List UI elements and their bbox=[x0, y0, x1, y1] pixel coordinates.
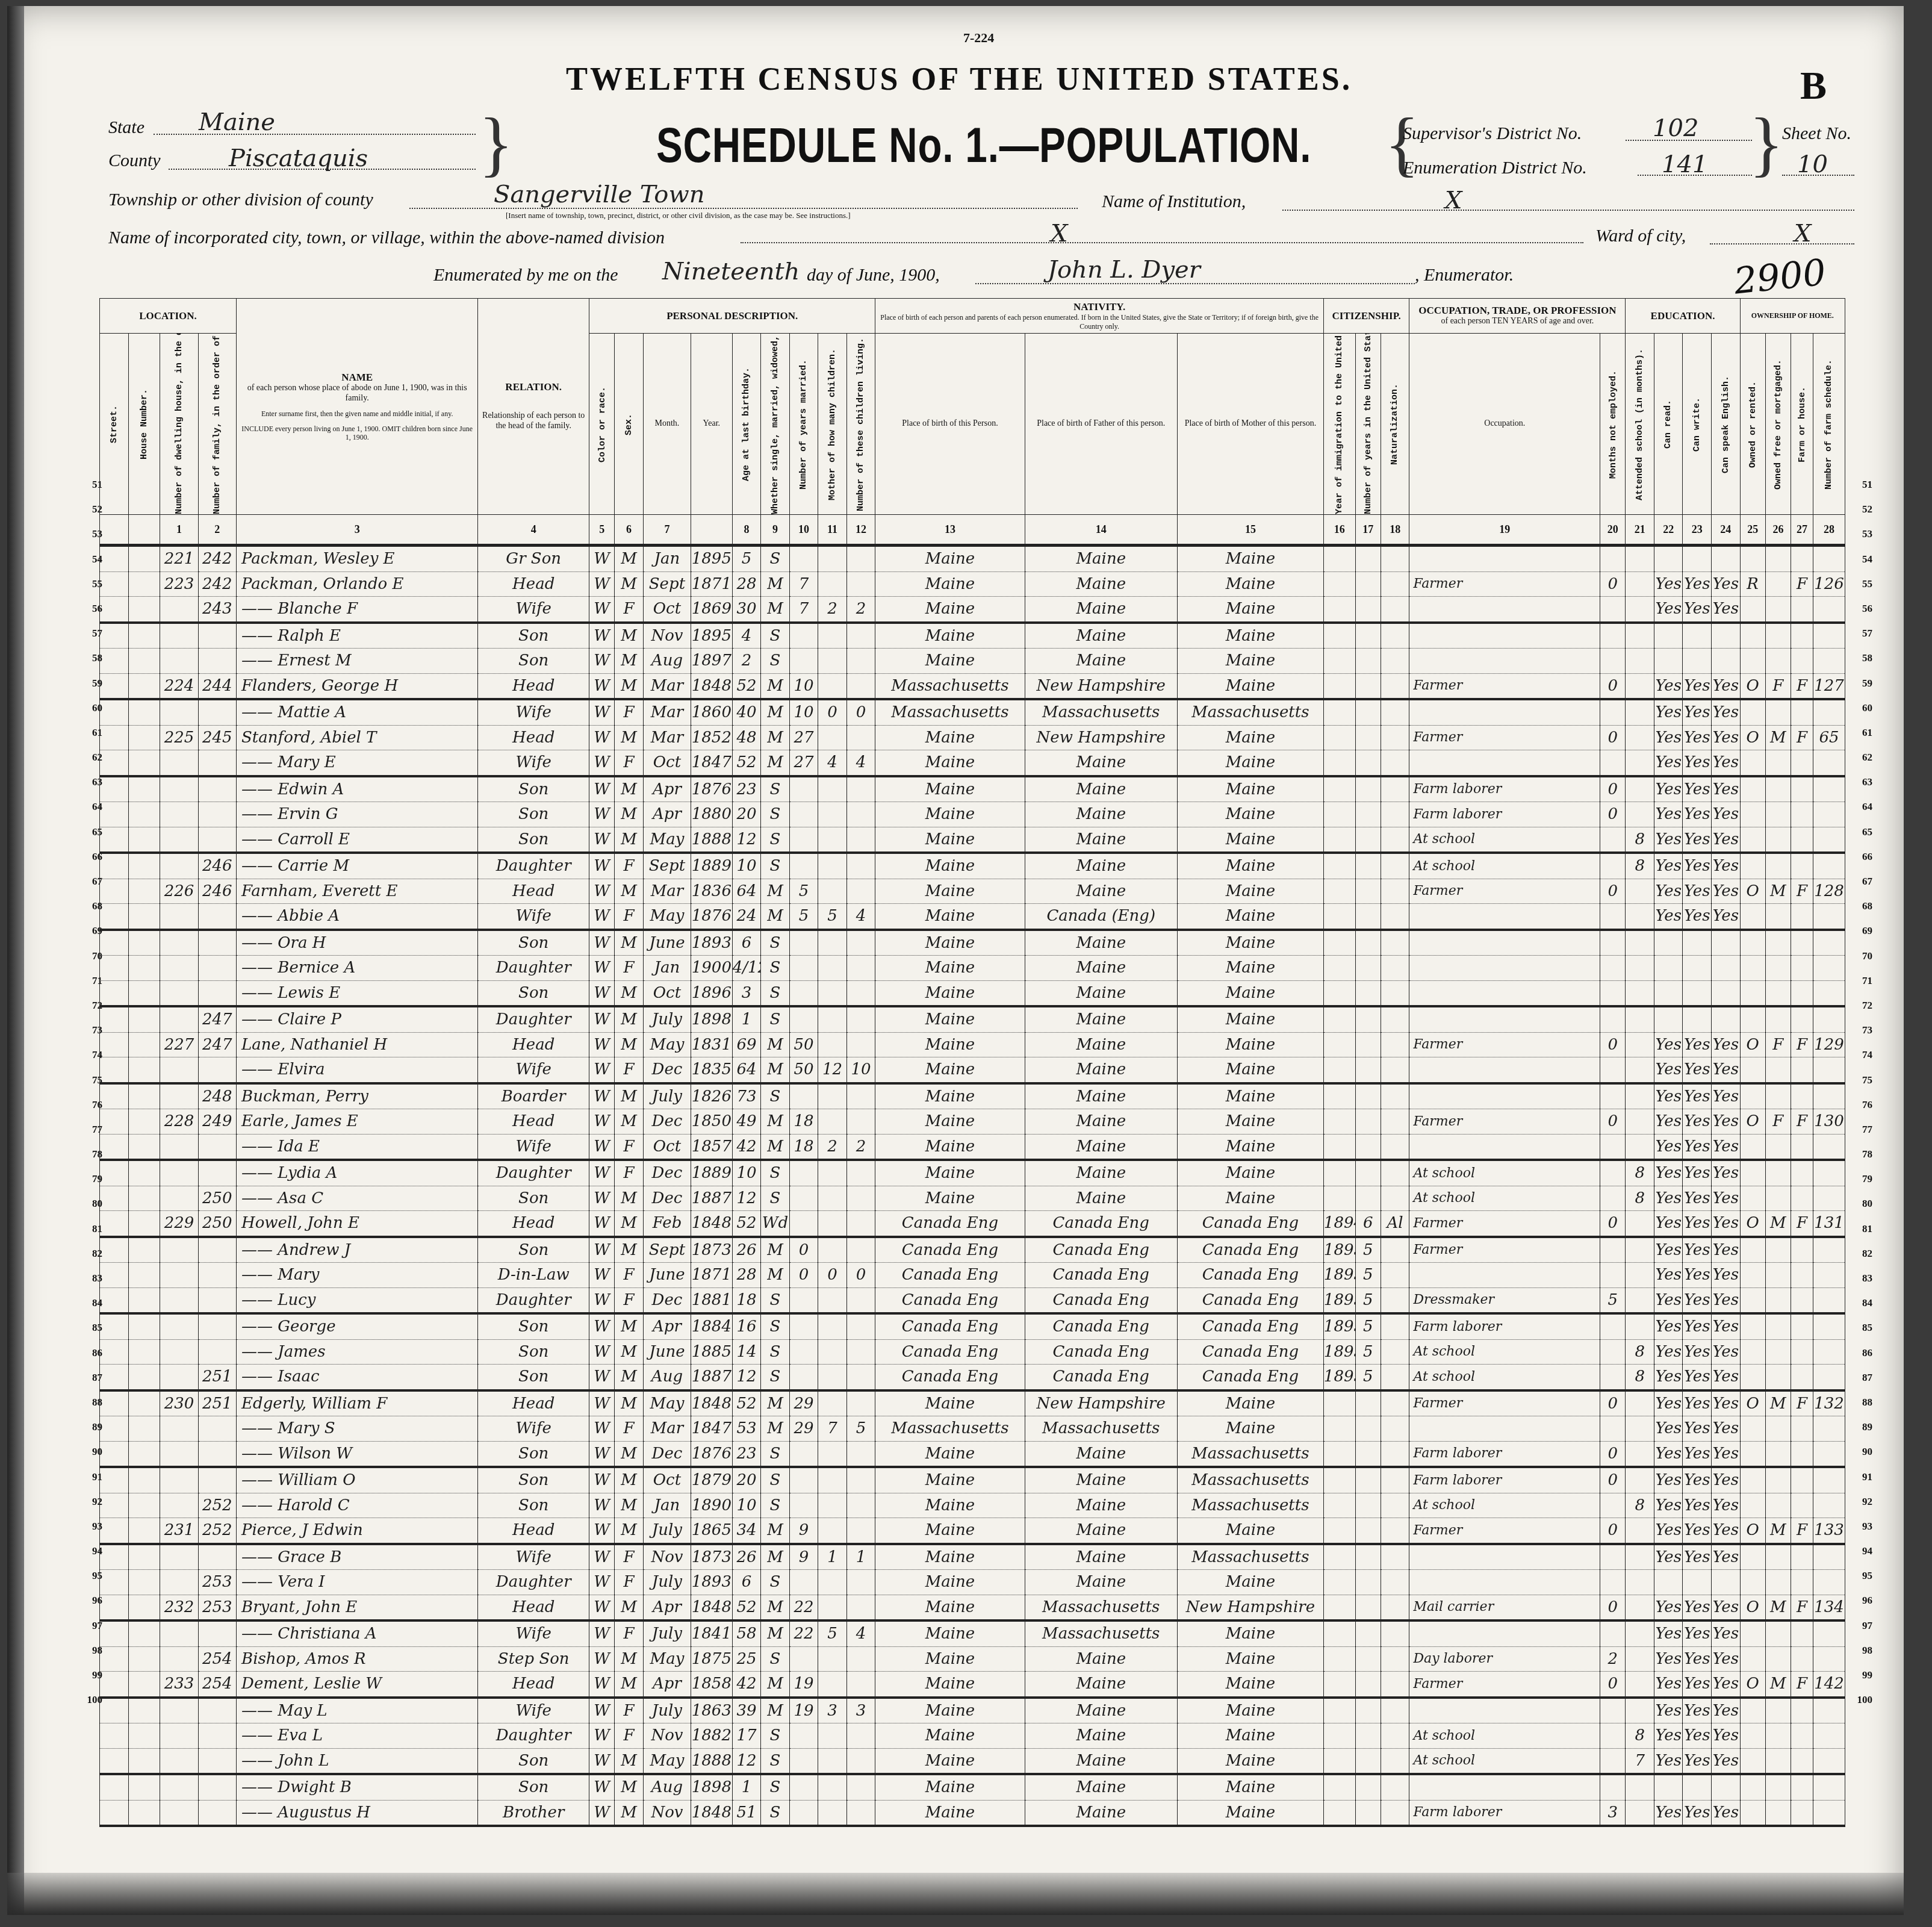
cell-sch bbox=[1626, 699, 1654, 725]
cell-une bbox=[1600, 649, 1626, 674]
line-number: 72 bbox=[78, 1000, 102, 1024]
cell-dw bbox=[160, 776, 198, 802]
cell-sched bbox=[1813, 1057, 1845, 1083]
cell-mc bbox=[818, 1365, 847, 1390]
cell-wr: Yes bbox=[1683, 1109, 1712, 1135]
cell-farm: F bbox=[1791, 1672, 1813, 1698]
cell-sex: M bbox=[615, 1083, 644, 1109]
cell-sex: M bbox=[615, 1032, 644, 1057]
cell-yr: 1848 bbox=[691, 1390, 733, 1416]
cell-own bbox=[1740, 1263, 1765, 1288]
cell-farm bbox=[1791, 546, 1813, 572]
cell-yus bbox=[1355, 1544, 1381, 1570]
col-immigration: Year of immigration to the United States… bbox=[1323, 334, 1355, 515]
cell-pb: Maine bbox=[875, 597, 1025, 623]
cell-sex: M bbox=[615, 827, 644, 853]
cell-ym bbox=[789, 546, 818, 572]
cell-imm bbox=[1323, 1441, 1355, 1467]
cell-fam bbox=[198, 1544, 236, 1570]
line-number: 75 bbox=[78, 1074, 102, 1099]
cell-yr: 1879 bbox=[691, 1467, 733, 1493]
cell-fb: Maine bbox=[1025, 1774, 1177, 1800]
cell-mb: Maine bbox=[1177, 904, 1323, 930]
col-sex: Sex. bbox=[615, 334, 644, 515]
table-row: 229250Howell, John EHeadWMFeb184852WdCan… bbox=[100, 1211, 1845, 1237]
cell-sched bbox=[1813, 1083, 1845, 1109]
cell-col: W bbox=[589, 1467, 615, 1493]
cell-occ: At school bbox=[1409, 1493, 1600, 1518]
cell-mo: May bbox=[643, 1646, 691, 1672]
cell-wr: Yes bbox=[1683, 802, 1712, 827]
cell-une bbox=[1600, 930, 1626, 956]
cell-mort bbox=[1765, 1441, 1791, 1467]
line-number: 63 bbox=[1848, 776, 1872, 801]
table-row: —— Ernest MSonWMAug18972SMaineMaineMaine bbox=[100, 649, 1845, 674]
cell-rel: Boarder bbox=[478, 1083, 589, 1109]
cell-own bbox=[1740, 597, 1765, 623]
cell-sched: 127 bbox=[1813, 673, 1845, 699]
cell-en: Yes bbox=[1712, 597, 1741, 623]
table-row: —— Eva LDaughterWFNov188217SMaineMaineMa… bbox=[100, 1723, 1845, 1749]
cell-name: —— Harold C bbox=[237, 1493, 478, 1518]
cell-yr: 1897 bbox=[691, 649, 733, 674]
cell-dw bbox=[160, 699, 198, 725]
cell-own bbox=[1740, 802, 1765, 827]
cell-sch: 8 bbox=[1626, 1723, 1654, 1749]
cell-house bbox=[128, 1313, 160, 1339]
cell-cl: 2 bbox=[846, 597, 875, 623]
cell-mb: Massachusetts bbox=[1177, 699, 1323, 725]
cell-farm: F bbox=[1791, 1211, 1813, 1237]
enumerated-suffix: day of June, 1900, bbox=[807, 265, 940, 285]
cell-une bbox=[1600, 1057, 1626, 1083]
cell-yus bbox=[1355, 1134, 1381, 1160]
cell-sex: M bbox=[615, 776, 644, 802]
cell-mo: July bbox=[643, 1518, 691, 1544]
column-number: 7 bbox=[643, 515, 691, 546]
cell-house bbox=[128, 1493, 160, 1518]
nativity-desc: Place of birth of each person and parent… bbox=[878, 313, 1320, 331]
cell-dw: 230 bbox=[160, 1390, 198, 1416]
cell-mo: Mar bbox=[643, 673, 691, 699]
cell-mo: Feb bbox=[643, 1211, 691, 1237]
cell-wr: Yes bbox=[1683, 699, 1712, 725]
cell-dw: 229 bbox=[160, 1211, 198, 1237]
line-number: 64 bbox=[1848, 801, 1872, 826]
cell-yus: 5 bbox=[1355, 1287, 1381, 1313]
cell-nat bbox=[1381, 1698, 1409, 1723]
cell-occ: At school bbox=[1409, 1186, 1600, 1211]
cell-name: —— Eva L bbox=[237, 1723, 478, 1749]
cell-yus bbox=[1355, 1646, 1381, 1672]
cell-rd bbox=[1654, 956, 1683, 981]
cell-mo: Mar bbox=[643, 699, 691, 725]
cell-own bbox=[1740, 649, 1765, 674]
cell-mort bbox=[1765, 1057, 1791, 1083]
cell-own bbox=[1740, 956, 1765, 981]
cell-nat bbox=[1381, 1774, 1409, 1800]
cell-mb: Maine bbox=[1177, 1518, 1323, 1544]
cell-col: W bbox=[589, 1134, 615, 1160]
cell-name: —— Carroll E bbox=[237, 827, 478, 853]
cell-name: —— Ora H bbox=[237, 930, 478, 956]
cell-street bbox=[100, 1800, 129, 1826]
cell-yus bbox=[1355, 802, 1381, 827]
cell-age: 30 bbox=[732, 597, 761, 623]
cell-own bbox=[1740, 930, 1765, 956]
cell-cl bbox=[846, 1211, 875, 1237]
cell-name: Flanders, George H bbox=[237, 673, 478, 699]
cell-en bbox=[1712, 1006, 1741, 1032]
cell-sex: M bbox=[615, 1313, 644, 1339]
table-row: 253—— Vera IDaughterWFJuly18936SMaineMai… bbox=[100, 1570, 1845, 1595]
table-row: —— Ralph ESonWMNov18954SMaineMaineMaine bbox=[100, 623, 1845, 649]
cell-ym: 27 bbox=[789, 750, 818, 776]
cell-dw bbox=[160, 1006, 198, 1032]
incorporated-label: Name of incorporated city, town, or vill… bbox=[108, 228, 665, 248]
cell-fam bbox=[198, 1313, 236, 1339]
line-number: 53 bbox=[1848, 528, 1872, 553]
cell-imm bbox=[1323, 879, 1355, 904]
cell-sched bbox=[1813, 1774, 1845, 1800]
cell-occ bbox=[1409, 1006, 1600, 1032]
cell-own bbox=[1740, 1339, 1765, 1365]
cell-cl bbox=[846, 827, 875, 853]
line-number: 59 bbox=[78, 677, 102, 702]
cell-mo: May bbox=[643, 904, 691, 930]
cell-dw bbox=[160, 1441, 198, 1467]
cell-sched bbox=[1813, 1493, 1845, 1518]
cell-fam: 248 bbox=[198, 1083, 236, 1109]
cell-age: 69 bbox=[732, 1032, 761, 1057]
state-label: State bbox=[108, 117, 144, 138]
cell-fb: Maine bbox=[1025, 1544, 1177, 1570]
cell-wr: Yes bbox=[1683, 1646, 1712, 1672]
cell-ym: 29 bbox=[789, 1416, 818, 1442]
cell-ms: M bbox=[761, 904, 790, 930]
line-number: 80 bbox=[78, 1198, 102, 1222]
cell-nat bbox=[1381, 1134, 1409, 1160]
cell-en: Yes bbox=[1712, 1263, 1741, 1288]
cell-sched bbox=[1813, 623, 1845, 649]
cell-yus bbox=[1355, 1595, 1381, 1620]
cell-house bbox=[128, 1237, 160, 1263]
cell-ym: 27 bbox=[789, 725, 818, 750]
line-number: 54 bbox=[1848, 553, 1872, 578]
cell-yus bbox=[1355, 1006, 1381, 1032]
line-number: 59 bbox=[1848, 677, 1872, 702]
cell-fb: Maine bbox=[1025, 1083, 1177, 1109]
cell-mc: 12 bbox=[818, 1057, 847, 1083]
cell-street bbox=[100, 571, 129, 597]
cell-fb: Maine bbox=[1025, 1800, 1177, 1826]
cell-en: Yes bbox=[1712, 1441, 1741, 1467]
column-number: 21 bbox=[1626, 515, 1654, 546]
cell-name: —— Abbie A bbox=[237, 904, 478, 930]
cell-col: W bbox=[589, 1441, 615, 1467]
cell-rd: Yes bbox=[1654, 1416, 1683, 1442]
line-number: 87 bbox=[78, 1372, 102, 1396]
cell-rel: Gr Son bbox=[478, 546, 589, 572]
cell-street bbox=[100, 1518, 129, 1544]
cell-sch bbox=[1626, 1441, 1654, 1467]
cell-farm bbox=[1791, 1774, 1813, 1800]
cell-pb: Canada Eng bbox=[875, 1365, 1025, 1390]
cell-sch bbox=[1626, 1570, 1654, 1595]
cell-rd: Yes bbox=[1654, 776, 1683, 802]
cell-occ: Farmer bbox=[1409, 1390, 1600, 1416]
cell-mc bbox=[818, 1109, 847, 1135]
cell-yus bbox=[1355, 1390, 1381, 1416]
table-row: 231252Pierce, J EdwinHeadWMJuly186534M9M… bbox=[100, 1518, 1845, 1544]
table-row: —— Ora HSonWMJune18936SMaineMaineMaine bbox=[100, 930, 1845, 956]
cell-fb: Maine bbox=[1025, 1032, 1177, 1057]
cell-sex: F bbox=[615, 1287, 644, 1313]
cell-yr: 1887 bbox=[691, 1186, 733, 1211]
cell-ym bbox=[789, 1646, 818, 1672]
cell-yus bbox=[1355, 1774, 1381, 1800]
cell-en bbox=[1712, 1774, 1741, 1800]
cell-une bbox=[1600, 1237, 1626, 1263]
line-number: 82 bbox=[1848, 1248, 1872, 1272]
cell-wr: Yes bbox=[1683, 673, 1712, 699]
cell-sch bbox=[1626, 1263, 1654, 1288]
cell-une: 0 bbox=[1600, 725, 1626, 750]
cell-mort bbox=[1765, 1287, 1791, 1313]
cell-col: W bbox=[589, 1339, 615, 1365]
cell-pb: Maine bbox=[875, 1646, 1025, 1672]
cell-wr: Yes bbox=[1683, 904, 1712, 930]
cell-age: 10 bbox=[732, 853, 761, 879]
cell-house bbox=[128, 597, 160, 623]
cell-mb: Maine bbox=[1177, 1032, 1323, 1057]
cell-yr: 1889 bbox=[691, 853, 733, 879]
cell-mort bbox=[1765, 1544, 1791, 1570]
cell-ms: S bbox=[761, 1441, 790, 1467]
column-number: 23 bbox=[1683, 515, 1712, 546]
cell-sch bbox=[1626, 725, 1654, 750]
relation-heading: RELATION. bbox=[480, 381, 586, 393]
cell-ms: S bbox=[761, 827, 790, 853]
cell-house bbox=[128, 623, 160, 649]
cell-rel: Daughter bbox=[478, 853, 589, 879]
cell-ym bbox=[789, 1365, 818, 1390]
cell-imm bbox=[1323, 1518, 1355, 1544]
cell-cl: 4 bbox=[846, 750, 875, 776]
cell-sched bbox=[1813, 1186, 1845, 1211]
cell-imm bbox=[1323, 546, 1355, 572]
cell-sex: M bbox=[615, 1237, 644, 1263]
cell-mb: Maine bbox=[1177, 623, 1323, 649]
cell-mo: May bbox=[643, 1032, 691, 1057]
cell-farm bbox=[1791, 1160, 1813, 1186]
line-number: 83 bbox=[78, 1272, 102, 1297]
line-number: 76 bbox=[1848, 1099, 1872, 1124]
cell-dw bbox=[160, 1083, 198, 1109]
cell-en: Yes bbox=[1712, 1057, 1741, 1083]
cell-mort bbox=[1765, 802, 1791, 827]
cell-own bbox=[1740, 750, 1765, 776]
cell-cl bbox=[846, 1800, 875, 1826]
cell-rd: Yes bbox=[1654, 1134, 1683, 1160]
cell-ms: S bbox=[761, 546, 790, 572]
cell-rel: Daughter bbox=[478, 956, 589, 981]
cell-street bbox=[100, 1006, 129, 1032]
cell-own bbox=[1740, 1544, 1765, 1570]
cell-rd: Yes bbox=[1654, 1620, 1683, 1646]
cell-mo: Dec bbox=[643, 1441, 691, 1467]
cell-farm bbox=[1791, 1467, 1813, 1493]
cell-col: W bbox=[589, 1032, 615, 1057]
cell-fb: Maine bbox=[1025, 956, 1177, 981]
column-number: 11 bbox=[818, 515, 847, 546]
cell-en: Yes bbox=[1712, 879, 1741, 904]
cell-yus bbox=[1355, 1416, 1381, 1442]
cell-mort bbox=[1765, 750, 1791, 776]
table-row: 254Bishop, Amos RStep SonWMMay187525SMai… bbox=[100, 1646, 1845, 1672]
cell-sch bbox=[1626, 1595, 1654, 1620]
cell-nat bbox=[1381, 1160, 1409, 1186]
cell-yus: 5 bbox=[1355, 1237, 1381, 1263]
cell-sched bbox=[1813, 649, 1845, 674]
cell-pb: Maine bbox=[875, 1083, 1025, 1109]
cell-ym: 9 bbox=[789, 1544, 818, 1570]
cell-rd: Yes bbox=[1654, 1544, 1683, 1570]
cell-yr: 1857 bbox=[691, 1134, 733, 1160]
cell-cl bbox=[846, 1365, 875, 1390]
cell-sch bbox=[1626, 1211, 1654, 1237]
cell-occ: Farmer bbox=[1409, 1518, 1600, 1544]
cell-une bbox=[1600, 1570, 1626, 1595]
cell-sched bbox=[1813, 1237, 1845, 1263]
cell-farm bbox=[1791, 750, 1813, 776]
cell-mb: Maine bbox=[1177, 1083, 1323, 1109]
cell-sex: M bbox=[615, 930, 644, 956]
cell-own bbox=[1740, 1006, 1765, 1032]
line-number: 60 bbox=[78, 702, 102, 727]
cell-house bbox=[128, 1083, 160, 1109]
cell-occ: Farm laborer bbox=[1409, 1313, 1600, 1339]
cell-yus bbox=[1355, 827, 1381, 853]
cell-age: 64 bbox=[732, 1057, 761, 1083]
cell-mort: M bbox=[1765, 879, 1791, 904]
cell-fam: 254 bbox=[198, 1646, 236, 1672]
line-number: 70 bbox=[1848, 950, 1872, 975]
cell-street bbox=[100, 623, 129, 649]
cell-name: Bishop, Amos R bbox=[237, 1646, 478, 1672]
cell-rd bbox=[1654, 980, 1683, 1006]
cell-sex: F bbox=[615, 1698, 644, 1723]
cell-rel: Son bbox=[478, 1339, 589, 1365]
cell-street bbox=[100, 725, 129, 750]
ward-line bbox=[1710, 243, 1854, 244]
cell-mort: F bbox=[1765, 1032, 1791, 1057]
cell-ms: M bbox=[761, 1416, 790, 1442]
line-number: 89 bbox=[78, 1421, 102, 1446]
cell-age: 53 bbox=[732, 1416, 761, 1442]
cell-imm bbox=[1323, 1544, 1355, 1570]
cell-own bbox=[1740, 1287, 1765, 1313]
cell-dw bbox=[160, 1570, 198, 1595]
table-row: 228249Earle, James EHeadWMDec185049M18Ma… bbox=[100, 1109, 1845, 1135]
cell-occ: Farmer bbox=[1409, 1109, 1600, 1135]
cell-nat bbox=[1381, 1365, 1409, 1390]
cell-ym: 0 bbox=[789, 1263, 818, 1288]
cell-cl bbox=[846, 1313, 875, 1339]
column-number: 28 bbox=[1813, 515, 1845, 546]
cell-fam bbox=[198, 1287, 236, 1313]
cell-en: Yes bbox=[1712, 571, 1741, 597]
line-number: 79 bbox=[78, 1173, 102, 1198]
cell-en bbox=[1712, 956, 1741, 981]
cell-sex: F bbox=[615, 1263, 644, 1288]
line-number: 58 bbox=[1848, 652, 1872, 677]
cell-own: O bbox=[1740, 1595, 1765, 1620]
cell-sch bbox=[1626, 1800, 1654, 1826]
cell-ym: 10 bbox=[789, 673, 818, 699]
cell-sex: M bbox=[615, 1109, 644, 1135]
column-number: 18 bbox=[1381, 515, 1409, 546]
cell-sex: M bbox=[615, 1518, 644, 1544]
cell-name: —— Lydia A bbox=[237, 1160, 478, 1186]
cell-sch bbox=[1626, 1518, 1654, 1544]
cell-mort bbox=[1765, 546, 1791, 572]
cell-farm bbox=[1791, 1493, 1813, 1518]
cell-sex: F bbox=[615, 699, 644, 725]
cell-farm bbox=[1791, 1287, 1813, 1313]
column-number: 2 bbox=[198, 515, 236, 546]
cell-own bbox=[1740, 1416, 1765, 1442]
cell-farm bbox=[1791, 623, 1813, 649]
col-speak-english: Can speak English. bbox=[1712, 334, 1741, 515]
cell-farm bbox=[1791, 853, 1813, 879]
cell-col: W bbox=[589, 956, 615, 981]
cell-mb: Maine bbox=[1177, 1672, 1323, 1698]
cell-imm bbox=[1323, 904, 1355, 930]
cell-wr: Yes bbox=[1683, 1057, 1712, 1083]
cell-col: W bbox=[589, 1416, 615, 1442]
cell-imm: 1895 bbox=[1323, 1263, 1355, 1288]
cell-farm: F bbox=[1791, 571, 1813, 597]
cell-house bbox=[128, 1570, 160, 1595]
cell-mb: Canada Eng bbox=[1177, 1237, 1323, 1263]
cell-age: 52 bbox=[732, 1595, 761, 1620]
cell-farm bbox=[1791, 1134, 1813, 1160]
cell-dw bbox=[160, 1339, 198, 1365]
cell-sch bbox=[1626, 1416, 1654, 1442]
cell-wr bbox=[1683, 1006, 1712, 1032]
cell-yr: 1900 bbox=[691, 956, 733, 981]
table-row: —— GeorgeSonWMApr188416SCanada EngCanada… bbox=[100, 1313, 1845, 1339]
cell-occ: At school bbox=[1409, 1748, 1600, 1774]
cell-fam: 251 bbox=[198, 1390, 236, 1416]
cell-col: W bbox=[589, 1186, 615, 1211]
cell-yus bbox=[1355, 776, 1381, 802]
cell-imm bbox=[1323, 1570, 1355, 1595]
cell-age: 20 bbox=[732, 1467, 761, 1493]
cell-mc bbox=[818, 1467, 847, 1493]
table-row: —— Christiana AWifeWFJuly184158M2254Main… bbox=[100, 1620, 1845, 1646]
cell-house bbox=[128, 1774, 160, 1800]
cell-mb: Maine bbox=[1177, 980, 1323, 1006]
cell-mc: 1 bbox=[818, 1544, 847, 1570]
cell-yus bbox=[1355, 904, 1381, 930]
cell-nat bbox=[1381, 1006, 1409, 1032]
cell-name: Pierce, J Edwin bbox=[237, 1518, 478, 1544]
cell-rd: Yes bbox=[1654, 1723, 1683, 1749]
cell-sched bbox=[1813, 1416, 1845, 1442]
cell-rd: Yes bbox=[1654, 1109, 1683, 1135]
